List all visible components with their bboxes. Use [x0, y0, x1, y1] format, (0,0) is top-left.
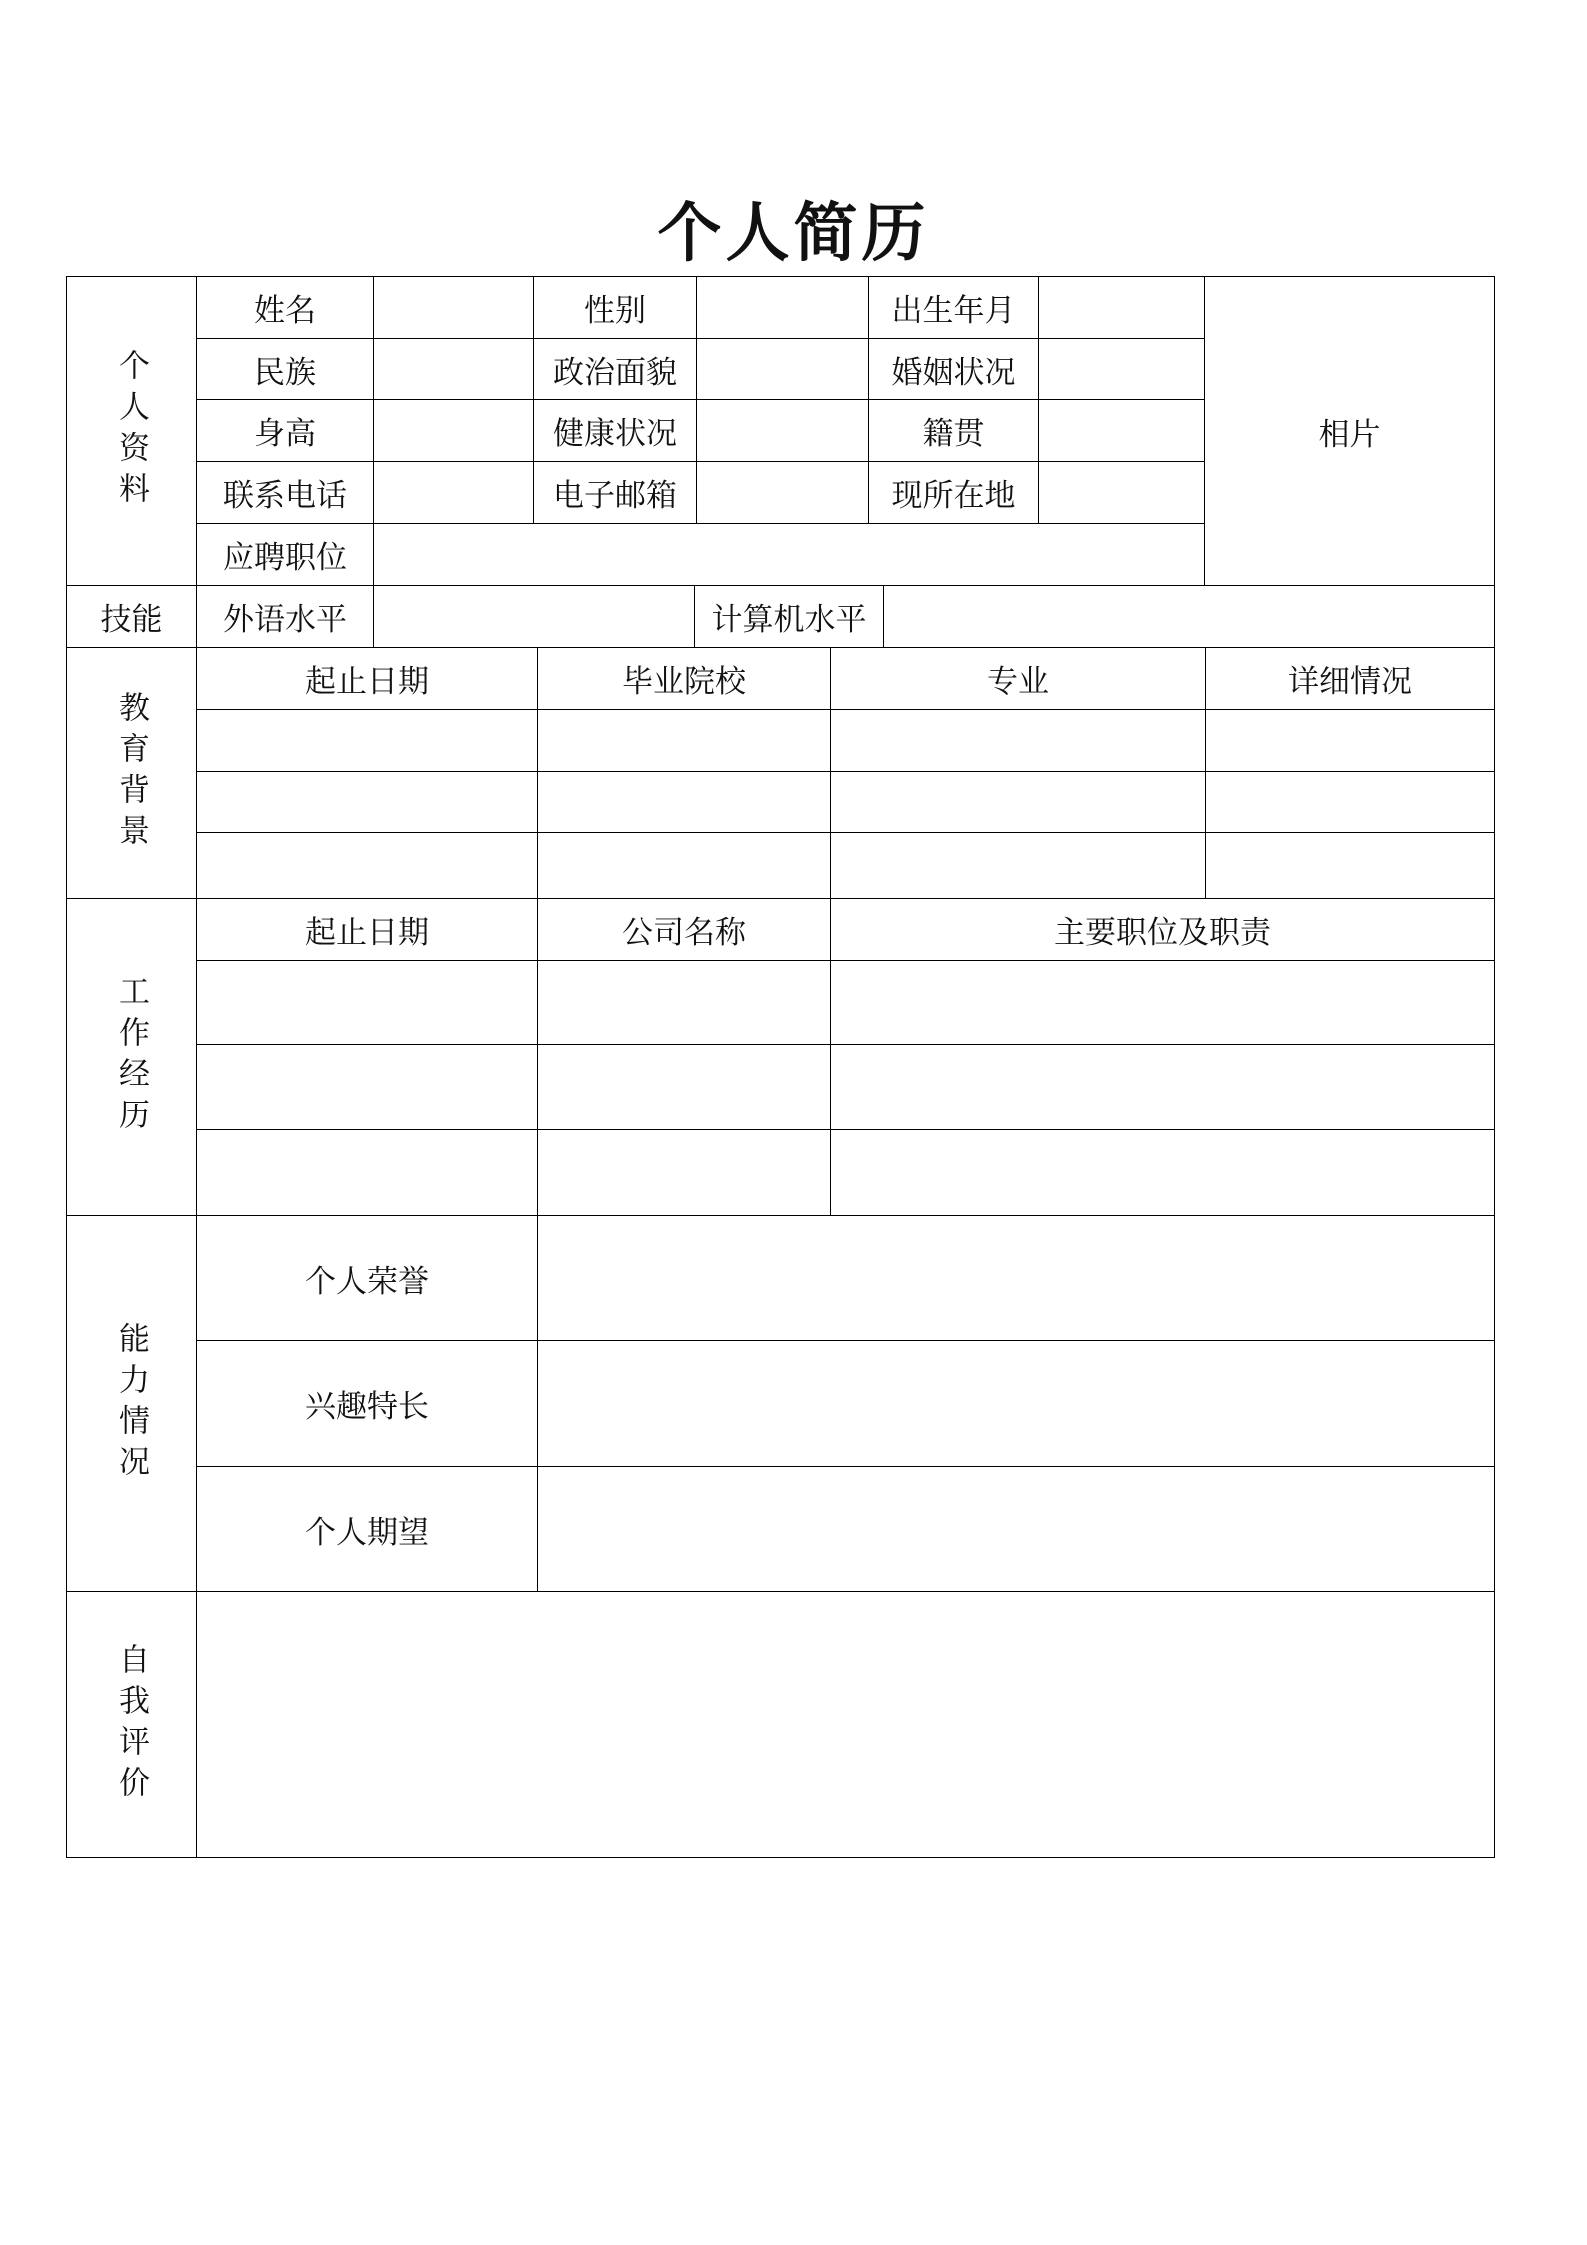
health-field[interactable] — [696, 399, 869, 462]
work-row-2-duties[interactable] — [830, 1044, 1495, 1130]
computer-field[interactable] — [883, 585, 1495, 648]
edu-row-3-school[interactable] — [537, 832, 831, 899]
self-evaluation-field[interactable] — [196, 1591, 1495, 1858]
work-row-3-dates[interactable] — [196, 1129, 538, 1216]
edu-header-dates: 起止日期 — [196, 647, 538, 710]
label-location: 现所在地 — [868, 461, 1039, 524]
expectations-field[interactable] — [537, 1466, 1495, 1592]
photo-label: 相片 — [1319, 409, 1381, 454]
edu-row-2-school[interactable] — [537, 771, 831, 833]
label-position: 应聘职位 — [196, 523, 374, 586]
edu-header-school: 毕业院校 — [537, 647, 831, 710]
label-gender: 性别 — [533, 276, 697, 339]
label-birth: 出生年月 — [868, 276, 1039, 339]
location-field[interactable] — [1038, 461, 1205, 524]
edu-row-1-major[interactable] — [830, 709, 1206, 772]
email-field[interactable] — [696, 461, 869, 524]
marital-field[interactable] — [1038, 338, 1205, 400]
label-expectations: 个人期望 — [196, 1466, 538, 1592]
honors-field[interactable] — [537, 1215, 1495, 1341]
section-label-ability: 能力情况 — [66, 1215, 197, 1592]
label-health: 健康状况 — [533, 399, 697, 462]
edu-row-3-major[interactable] — [830, 832, 1206, 899]
label-height: 身高 — [196, 399, 374, 462]
edu-row-2-dates[interactable] — [196, 771, 538, 833]
section-label-text: 自我评价 — [109, 1643, 154, 1807]
height-field[interactable] — [373, 399, 534, 462]
edu-row-1-details[interactable] — [1205, 709, 1495, 772]
work-header-dates: 起止日期 — [196, 898, 538, 961]
work-row-2-dates[interactable] — [196, 1044, 538, 1130]
section-label-education: 教育背景 — [66, 647, 197, 899]
name-field[interactable] — [373, 276, 534, 339]
edu-row-3-details[interactable] — [1205, 832, 1495, 899]
section-label-text: 工作经历 — [109, 975, 154, 1139]
work-row-1-dates[interactable] — [196, 960, 538, 1045]
work-row-1-company[interactable] — [537, 960, 831, 1045]
label-hobbies: 兴趣特长 — [196, 1340, 538, 1467]
ethnicity-field[interactable] — [373, 338, 534, 400]
section-label-text: 个人资料 — [109, 349, 154, 513]
section-label-self-evaluation: 自我评价 — [66, 1591, 197, 1858]
section-label-work: 工作经历 — [66, 898, 197, 1216]
birth-field[interactable] — [1038, 276, 1205, 339]
label-ethnicity: 民族 — [196, 338, 374, 400]
work-header-duties: 主要职位及职责 — [830, 898, 1495, 961]
page-title: 个人简历 — [0, 196, 1587, 272]
label-foreign-language: 外语水平 — [196, 585, 374, 648]
gender-field[interactable] — [696, 276, 869, 339]
phone-field[interactable] — [373, 461, 534, 524]
section-label-skills: 技能 — [66, 585, 197, 648]
edu-row-1-school[interactable] — [537, 709, 831, 772]
section-label-text: 教育背景 — [109, 691, 154, 855]
label-marital: 婚姻状况 — [868, 338, 1039, 400]
label-phone: 联系电话 — [196, 461, 374, 524]
political-field[interactable] — [696, 338, 869, 400]
label-name: 姓名 — [196, 276, 374, 339]
work-header-company: 公司名称 — [537, 898, 831, 961]
edu-row-2-details[interactable] — [1205, 771, 1495, 833]
section-label-text: 能力情况 — [109, 1322, 154, 1486]
label-honors: 个人荣誉 — [196, 1215, 538, 1341]
work-row-2-company[interactable] — [537, 1044, 831, 1130]
foreign-language-field[interactable] — [373, 585, 695, 648]
label-political: 政治面貌 — [533, 338, 697, 400]
photo-box[interactable]: 相片 — [1204, 276, 1495, 586]
work-row-1-duties[interactable] — [830, 960, 1495, 1045]
label-computer: 计算机水平 — [694, 585, 884, 648]
section-label-personal: 个人资料 — [66, 276, 197, 586]
edu-row-2-major[interactable] — [830, 771, 1206, 833]
hobbies-field[interactable] — [537, 1340, 1495, 1467]
edu-row-1-dates[interactable] — [196, 709, 538, 772]
work-row-3-duties[interactable] — [830, 1129, 1495, 1216]
native-place-field[interactable] — [1038, 399, 1205, 462]
edu-row-3-dates[interactable] — [196, 832, 538, 899]
label-email: 电子邮箱 — [533, 461, 697, 524]
position-field[interactable] — [373, 523, 1205, 586]
work-row-3-company[interactable] — [537, 1129, 831, 1216]
label-native-place: 籍贯 — [868, 399, 1039, 462]
edu-header-major: 专业 — [830, 647, 1206, 710]
edu-header-details: 详细情况 — [1205, 647, 1495, 710]
